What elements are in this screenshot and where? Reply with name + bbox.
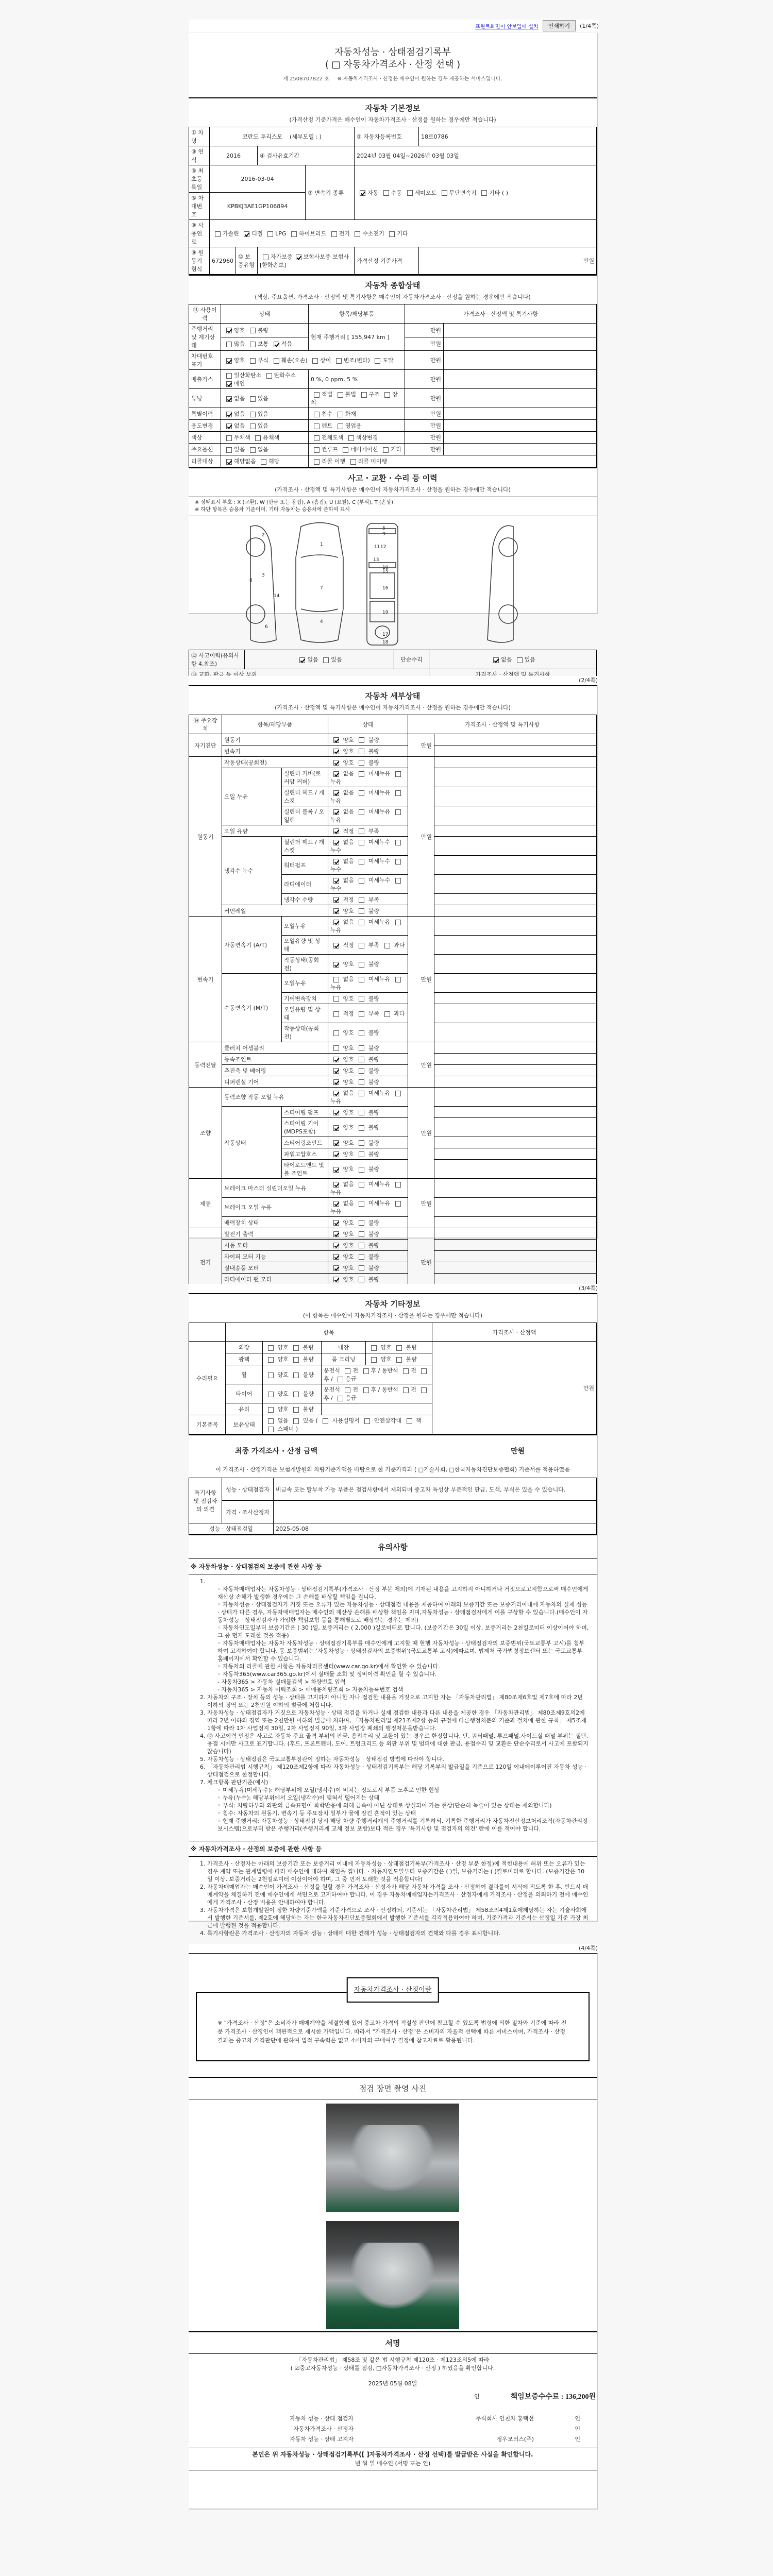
checkbox[interactable] <box>395 977 401 982</box>
checkbox[interactable] <box>359 1201 364 1207</box>
notes-section2-title: ※ 자동차가격조사 · 산정의 보증에 관한 사항 등 <box>189 1841 597 1857</box>
checkbox[interactable] <box>359 840 364 845</box>
detail-state: 없음 미세누유 누유 <box>328 787 408 806</box>
overall-row-label: 특별이력 <box>189 408 221 420</box>
checkbox[interactable] <box>333 790 339 796</box>
checkbox[interactable] <box>359 859 364 865</box>
checkbox[interactable] <box>361 392 367 398</box>
checkbox[interactable] <box>250 423 256 429</box>
checkbox-label: 적법 <box>322 391 332 398</box>
checkbox[interactable] <box>338 423 343 429</box>
checkbox[interactable] <box>359 790 364 796</box>
checkbox[interactable] <box>268 1418 274 1424</box>
status-legend: ※ 상태표시 부호 : X (교환), W (판금 또는 용접), A (흠집)… <box>195 499 591 506</box>
inspector-opinion: 비금속 또는 탈부착 가능 부품은 점검사항에서 제외되며 중고차 특성상 부분… <box>274 1478 597 1501</box>
checkbox[interactable] <box>250 342 256 347</box>
car-name: 코란도 투리스모 <box>242 133 282 140</box>
checkbox[interactable] <box>333 1182 339 1188</box>
checkbox[interactable] <box>359 908 364 914</box>
checkbox[interactable] <box>359 1254 364 1260</box>
checkbox[interactable] <box>333 809 339 815</box>
criteria-item: 현재 주행거리: 자동차성능 · 상태점검 당시 해당 차량 주행거리계의 주행… <box>217 1817 590 1833</box>
other-item: 휠 <box>226 1365 263 1384</box>
checkbox[interactable] <box>226 435 232 441</box>
checkbox-label: 있음 <box>258 411 268 417</box>
checkbox[interactable] <box>396 1345 402 1351</box>
checkbox[interactable] <box>359 809 364 815</box>
detail-state: 없음 미세누수 누수 <box>328 875 408 894</box>
checkbox[interactable] <box>395 1091 401 1096</box>
checkbox[interactable] <box>395 771 401 777</box>
checkbox[interactable] <box>333 1265 339 1271</box>
overall-row-label: 용도변경 <box>189 420 221 432</box>
checkbox[interactable] <box>359 1243 364 1248</box>
checkbox[interactable] <box>268 1372 274 1378</box>
note-bullet: 자동차인도일부터 보증기간은 ( 30 )일, 보증거리는 ( 2,000 )킬… <box>217 1624 590 1639</box>
checkbox[interactable] <box>333 1151 339 1157</box>
checkbox[interactable] <box>389 231 395 237</box>
checkbox[interactable] <box>226 381 232 387</box>
detail-header: 항목/해당부품 <box>222 715 328 734</box>
toolbar: 프린트화면이 안보일때 설치 인쇄하기 (1/4쪽) <box>189 20 599 32</box>
checkbox[interactable] <box>314 412 320 417</box>
device-group: 변속기 <box>189 917 222 1042</box>
doc-number: 제 2508707822 호 <box>283 76 329 82</box>
checkbox[interactable] <box>359 920 364 925</box>
checkbox[interactable] <box>333 1201 339 1207</box>
checkbox[interactable] <box>333 878 339 884</box>
checkbox[interactable] <box>226 459 232 465</box>
checkbox[interactable] <box>333 908 339 914</box>
detail-item: 수동변속기 (M/T) <box>222 974 282 1042</box>
detail-subitem: 스티어링조인트 <box>282 1137 328 1148</box>
checkbox-label: 세미오토 <box>415 190 437 196</box>
checkbox[interactable] <box>359 943 364 948</box>
checkbox[interactable] <box>333 771 339 777</box>
note-item: ⑫ 사고이력 인정은 사고로 자동차 주요 골격 부위의 판금, 용접수리 및 … <box>207 1732 590 1755</box>
checkbox[interactable] <box>359 977 364 982</box>
checkbox[interactable] <box>333 1140 339 1146</box>
checkbox[interactable] <box>312 358 318 364</box>
checkbox[interactable] <box>359 760 364 766</box>
checkbox[interactable] <box>293 1407 299 1413</box>
diagram-part-label: 11 <box>374 545 380 550</box>
checkbox[interactable] <box>338 412 343 417</box>
warranty-fee: 책임보증수수료 : 136,200원 <box>511 2391 596 2401</box>
mileage-label: 주행거리 및 계기상태 <box>189 324 221 351</box>
checkbox[interactable] <box>359 996 364 1002</box>
checkbox[interactable] <box>333 1091 339 1096</box>
checkbox[interactable] <box>375 358 380 364</box>
checkbox[interactable] <box>333 920 339 925</box>
confirm-line: ( ☑중고자동차성능 · 상태를 점검, □자동차가격조사 · 산정 ) 하였음… <box>191 2364 595 2372</box>
checkbox[interactable] <box>323 1418 328 1424</box>
other-item: 유리 <box>226 1403 263 1415</box>
criteria-item: 미세누유(미세누수): 해당부위에 오일(냉각수)이 비치는 정도로서 부품 노… <box>217 1786 590 1794</box>
detail-price: 만원 <box>408 757 434 917</box>
overall-row-label: 리콜대상 <box>189 455 221 467</box>
car-outline-icon <box>189 516 598 650</box>
checkbox-label: 양호 <box>234 357 245 364</box>
detail-subitem: 파워고압호스 <box>282 1148 328 1160</box>
vin-label: ⑥ 차대번호 <box>189 193 210 220</box>
checkbox[interactable] <box>384 1011 390 1017</box>
checkbox[interactable] <box>395 859 401 865</box>
front-view-photo <box>326 2104 459 2212</box>
checkbox[interactable] <box>481 190 487 196</box>
checkbox[interactable] <box>395 1182 401 1188</box>
checkbox[interactable] <box>395 809 401 815</box>
checkbox-label: 없음 <box>234 422 245 429</box>
checkbox-label: 상이 <box>320 357 331 364</box>
checkbox[interactable] <box>359 1151 364 1157</box>
checkbox[interactable] <box>314 435 320 441</box>
checkbox-label: 훼손(오손) <box>281 357 308 364</box>
checkbox[interactable] <box>267 231 273 237</box>
checkbox[interactable] <box>314 447 320 453</box>
checkbox[interactable] <box>359 1277 364 1282</box>
checkbox[interactable] <box>350 459 356 465</box>
checkbox[interactable] <box>442 190 447 196</box>
detail-item: 와이퍼 모터 기능 <box>222 1251 328 1262</box>
checkbox[interactable] <box>268 1392 274 1397</box>
appraisal-box-title: 자동차가격조사 · 산정이란 <box>347 1977 439 2003</box>
checkbox[interactable] <box>345 1368 350 1374</box>
checkbox[interactable] <box>268 1427 274 1432</box>
checkbox[interactable] <box>250 412 256 417</box>
checkbox[interactable] <box>359 1057 364 1062</box>
basic-info-table: ① 차명코란도 투리스모 (세부모델 : )② 자동차등록번호18로0786 ③… <box>189 127 597 275</box>
detail-state: 양호 불량 <box>328 1262 408 1274</box>
checkbox[interactable] <box>359 1167 364 1173</box>
checkbox[interactable] <box>421 1387 427 1393</box>
checkbox[interactable] <box>314 423 320 429</box>
overall-row-label: 차대번호 표기 <box>189 351 221 370</box>
checkbox-label: 일산화탄소 <box>234 372 261 379</box>
checkbox[interactable] <box>407 190 413 196</box>
detail-state: 양호 불량 <box>328 1274 408 1285</box>
signer-row: 자동차 성능 · 상태 점검자주식회사 인천차 홍택선인 <box>189 2414 597 2424</box>
detail-header: 가격조사 · 산정액 및 특기사항 <box>408 715 597 734</box>
checkbox[interactable] <box>299 657 305 663</box>
checkbox[interactable] <box>293 1345 299 1351</box>
checkbox[interactable] <box>359 1011 364 1017</box>
other-item: 외장 <box>226 1342 263 1353</box>
detail-item: 브레이크 오일 누유 <box>222 1198 328 1217</box>
checkbox[interactable] <box>395 878 401 884</box>
overall-header: ⑪ 사용이력 <box>189 304 221 324</box>
checkbox[interactable] <box>226 396 232 402</box>
engine-label: ⑨ 원동기형식 <box>189 247 210 275</box>
diagram-part-label: 7 <box>320 586 323 591</box>
criteria-item: 침수: 자동차의 원동기, 변속기 등 주요장치 일부가 물에 잠긴 흔적이 있… <box>217 1809 590 1817</box>
checkbox[interactable] <box>493 657 499 663</box>
checkbox[interactable] <box>371 1357 377 1363</box>
checkbox[interactable] <box>396 1357 402 1363</box>
diagram-part-label: 1 <box>320 542 323 547</box>
other-item: 룸 크리닝 <box>322 1353 366 1365</box>
install-link[interactable]: 프린트화면이 안보일때 설치 <box>475 22 538 30</box>
document-header: 자동차성능 · 상태점검기록부 ( □ 자동차가격조사 · 산정 선택 ) 제 … <box>189 33 597 97</box>
diagram-part-label: 3 <box>262 573 265 578</box>
checkbox-label: 무채색 <box>234 434 250 441</box>
other-price: 만원 <box>432 1342 597 1434</box>
checkbox[interactable] <box>250 328 256 333</box>
checkbox[interactable] <box>359 1182 364 1188</box>
detail-state: 양호 불량 <box>328 757 408 768</box>
detail-sub: (가격조사 · 산정액 및 특기사항은 매수인이 자동차가격조사 · 산정을 원… <box>189 701 597 715</box>
checkbox[interactable] <box>359 1068 364 1074</box>
checkbox[interactable] <box>333 943 339 948</box>
checkbox[interactable] <box>314 392 320 398</box>
checkbox[interactable] <box>226 358 232 364</box>
checkbox[interactable] <box>359 828 364 834</box>
checkbox[interactable] <box>333 828 339 834</box>
checkbox-label: 해당없음 <box>234 458 256 465</box>
checkbox[interactable] <box>291 231 297 237</box>
checkbox[interactable] <box>338 1377 343 1382</box>
checkbox[interactable] <box>250 396 256 402</box>
checkbox[interactable] <box>359 878 364 884</box>
checkbox[interactable] <box>359 1110 364 1115</box>
checkbox[interactable] <box>215 231 221 237</box>
checkbox[interactable] <box>345 1387 350 1393</box>
checkbox[interactable] <box>395 790 401 796</box>
detail-state: 없음 미세누수 누수 <box>328 837 408 856</box>
checkbox[interactable] <box>333 1243 339 1248</box>
checkbox[interactable] <box>333 1110 339 1115</box>
year-label: ③ 연식 <box>189 146 210 165</box>
checkbox-label: 기타 <box>397 230 408 237</box>
diagram-part-label: 17 <box>382 632 388 637</box>
checkbox[interactable] <box>293 1418 299 1424</box>
checkbox-label: 리콜 이행 <box>322 458 345 465</box>
detail-subitem: 냉각수 수량 <box>282 894 328 905</box>
checkbox-label: LPG <box>275 230 286 237</box>
checkbox-label: 색상변경 <box>356 434 378 441</box>
checkbox-label: 도말 <box>382 357 393 364</box>
checkbox[interactable] <box>359 1125 364 1131</box>
checkbox[interactable] <box>363 1368 369 1374</box>
checkbox-label: 없음 <box>307 656 318 663</box>
checkbox[interactable] <box>359 1140 364 1146</box>
checkbox[interactable] <box>333 1057 339 1062</box>
checkbox[interactable] <box>403 1387 409 1393</box>
checkbox[interactable] <box>333 1220 339 1226</box>
checkbox[interactable] <box>364 1418 370 1424</box>
detail-state: 양호 불량 <box>328 993 408 1004</box>
checkbox[interactable] <box>359 1231 364 1237</box>
detail-item: 자동변속기 (A/T) <box>222 917 282 974</box>
checkbox[interactable] <box>333 1079 339 1085</box>
checkbox[interactable] <box>333 760 339 766</box>
checkbox[interactable] <box>226 373 232 379</box>
checkbox-label: 많음 <box>234 341 245 347</box>
notes-section1: 자동차매매업자는 자동차성능 · 상태점검기록부(가격조사 · 산정 부분 제외… <box>189 1574 597 1836</box>
checkbox[interactable] <box>255 435 261 441</box>
checkbox-label: 하이브리드 <box>299 230 326 237</box>
checkbox[interactable] <box>383 447 389 453</box>
checkbox-label: 있음 <box>525 656 535 663</box>
inspector-label: 성능 · 상태점검자 <box>222 1478 274 1501</box>
checkbox[interactable] <box>359 1091 364 1096</box>
checkbox[interactable] <box>395 1201 401 1207</box>
checkbox[interactable] <box>274 342 279 347</box>
checkbox[interactable] <box>293 1357 299 1363</box>
checkbox[interactable] <box>333 737 339 743</box>
checkbox[interactable] <box>359 749 364 754</box>
checkbox[interactable] <box>333 996 339 1002</box>
detail-state: 양호 불량 <box>328 1137 408 1148</box>
checkbox[interactable] <box>403 1368 409 1374</box>
checkbox[interactable] <box>348 435 354 441</box>
checkbox[interactable] <box>359 1265 364 1271</box>
page-number: (1/4쪽) <box>580 22 599 30</box>
checkbox[interactable] <box>226 423 232 429</box>
checkbox[interactable] <box>244 231 249 237</box>
checkbox[interactable] <box>226 342 232 347</box>
overall-title: 자동차 종합상태 <box>189 275 597 291</box>
checkbox[interactable] <box>359 1079 364 1085</box>
checkbox[interactable] <box>333 1030 339 1036</box>
checkbox[interactable] <box>268 1407 274 1413</box>
detail-state: 양호 불량 <box>328 734 408 745</box>
device-group: 조향 <box>189 1088 222 1179</box>
checkbox[interactable] <box>395 920 401 925</box>
detail-state: 양호 불량 <box>328 1023 408 1042</box>
base-price-label: 가격산정 기준가격 <box>355 247 419 275</box>
checkbox[interactable] <box>333 977 339 982</box>
checkbox[interactable] <box>333 897 339 903</box>
basic-info-title: 자동차 기본정보 <box>189 97 597 113</box>
checkbox[interactable] <box>333 1254 339 1260</box>
detail-state: 없음 미세누수 누수 <box>328 856 408 875</box>
accident-history-label: ⑫ 사고이력(유의사항 4.참조) <box>189 650 245 669</box>
checkbox[interactable] <box>250 447 256 453</box>
print-button[interactable]: 인쇄하기 <box>543 20 576 31</box>
detail-item: 등속조인트 <box>222 1054 328 1065</box>
checkbox[interactable] <box>226 328 232 333</box>
detail-item: 배력장치 상태 <box>222 1217 328 1228</box>
checkbox[interactable] <box>333 1277 339 1282</box>
checkbox[interactable] <box>333 1011 339 1017</box>
checkbox[interactable] <box>338 1396 343 1401</box>
detail-state: 양호 불량 <box>328 1107 408 1118</box>
checkbox-label: 기타 <box>391 446 401 453</box>
checkbox[interactable] <box>314 459 320 465</box>
checkbox[interactable] <box>355 231 360 237</box>
detail-state: 양호 불량 <box>328 745 408 757</box>
checkbox[interactable] <box>333 1231 339 1237</box>
checkbox[interactable] <box>517 657 523 663</box>
device-group: 동력전달 <box>189 1042 222 1088</box>
checkbox[interactable] <box>226 412 232 417</box>
detail-subitem: 작동상태(공회전) <box>282 1023 328 1042</box>
checkbox[interactable] <box>359 962 364 968</box>
checkbox[interactable] <box>333 749 339 754</box>
detail-item: 디퍼렌셜 기어 <box>222 1076 328 1088</box>
checkbox-label: 침수 <box>322 411 332 417</box>
checkbox[interactable] <box>343 447 348 453</box>
checkbox[interactable] <box>359 1045 364 1051</box>
signer-seal: 인 <box>534 2434 580 2445</box>
overall-table: ⑪ 사용이력상태항목/해당부품가격조사 · 산정액 및 특기사항주행거리 및 계… <box>189 304 597 467</box>
checkbox[interactable] <box>268 1357 274 1363</box>
detail-state: 없음 미세누유 누유 <box>328 974 408 993</box>
other-item: 타이어 <box>226 1384 263 1403</box>
checkbox[interactable] <box>333 859 339 865</box>
checkbox-label: 탄화수소 <box>274 372 296 379</box>
checkbox[interactable] <box>331 231 337 237</box>
transmission-options: 자동 수동 세미오토 무단변속기 기타 ( ) <box>355 165 597 220</box>
checkbox[interactable] <box>333 1068 339 1074</box>
checkbox[interactable] <box>261 459 266 465</box>
checkbox[interactable] <box>359 737 364 743</box>
note-bullet: 자동차365(www.car365.go.kr)에서 실매물 조회 및 정비이력… <box>217 1670 590 1693</box>
checkbox[interactable] <box>338 392 343 398</box>
checkbox[interactable] <box>266 373 272 379</box>
checkbox[interactable] <box>333 1167 339 1173</box>
detail-subitem: 스티어링 펌프 <box>282 1107 328 1118</box>
checkbox[interactable] <box>293 1372 299 1378</box>
document-title: 자동차성능 · 상태점검기록부 <box>189 46 597 59</box>
checkbox[interactable] <box>359 1030 364 1036</box>
overall-header: 항목/해당부품 <box>309 304 405 324</box>
checkbox[interactable] <box>363 1387 369 1393</box>
checkbox[interactable] <box>384 943 390 948</box>
fuel-options: 가솔린 디젤 LPG 하이브리드 전기 수소전기 기타 <box>210 220 597 247</box>
car-damage-diagram: 12345678910111213141516171819 <box>189 516 597 650</box>
checkbox[interactable] <box>359 897 364 903</box>
checkbox[interactable] <box>384 392 390 398</box>
checkbox[interactable] <box>371 1345 377 1351</box>
note-item: 자동차성능 · 상태점검은 국토교통부장관이 정하는 자동차성능 · 상태점검 … <box>207 1755 590 1763</box>
diagram-part-label: 15 <box>382 569 388 574</box>
rear-view-photo <box>326 2221 459 2329</box>
checkbox[interactable] <box>274 358 279 364</box>
detail-state: 적정 부족 과다 <box>328 936 408 955</box>
checkbox[interactable] <box>360 190 365 196</box>
detail-state: 없음 미세누유 누유 <box>328 1198 408 1217</box>
detail-subitem: 라디에이터 <box>282 875 328 894</box>
checkbox[interactable] <box>336 358 342 364</box>
checkbox[interactable] <box>293 1392 299 1397</box>
inspect-label: ④ 검사유효기간 <box>258 146 355 165</box>
checkbox[interactable] <box>333 1125 339 1131</box>
checkbox[interactable] <box>407 1418 412 1424</box>
checkbox[interactable] <box>359 771 364 777</box>
overall-sub: (색상, 주요옵션, 가격조사 · 산정액 및 특기사항은 매수인이 자동차가격… <box>189 291 597 304</box>
checkbox-label: 가솔린 <box>223 230 239 237</box>
note-item: 체크항목 판단기준(예시)미세누유(미세누수): 해당부위에 오일(냉각수)이 … <box>207 1778 590 1833</box>
checkbox[interactable] <box>333 962 339 968</box>
other-header-item: 항목 <box>226 1323 432 1342</box>
page-1: 자동차성능 · 상태점검기록부 ( □ 자동차가격조사 · 산정 선택 ) 제 … <box>189 33 598 614</box>
checkbox[interactable] <box>421 1368 427 1374</box>
detail-state: 없음 미세누유 누유 <box>328 1179 408 1198</box>
checkbox[interactable] <box>333 840 339 845</box>
checkbox[interactable] <box>395 840 401 845</box>
checkbox[interactable] <box>226 447 232 453</box>
checkbox[interactable] <box>268 1345 274 1351</box>
checkbox[interactable] <box>383 190 389 196</box>
checkbox[interactable] <box>323 657 329 663</box>
other-sub: (이 항목은 매수인이 자동차가격조사 · 산정을 원하는 경우에만 적습니다) <box>189 1309 597 1323</box>
checkbox[interactable] <box>250 358 256 364</box>
checkbox-label: 없음 <box>234 395 245 402</box>
checkbox[interactable] <box>333 1045 339 1051</box>
checkbox[interactable] <box>359 1220 364 1226</box>
